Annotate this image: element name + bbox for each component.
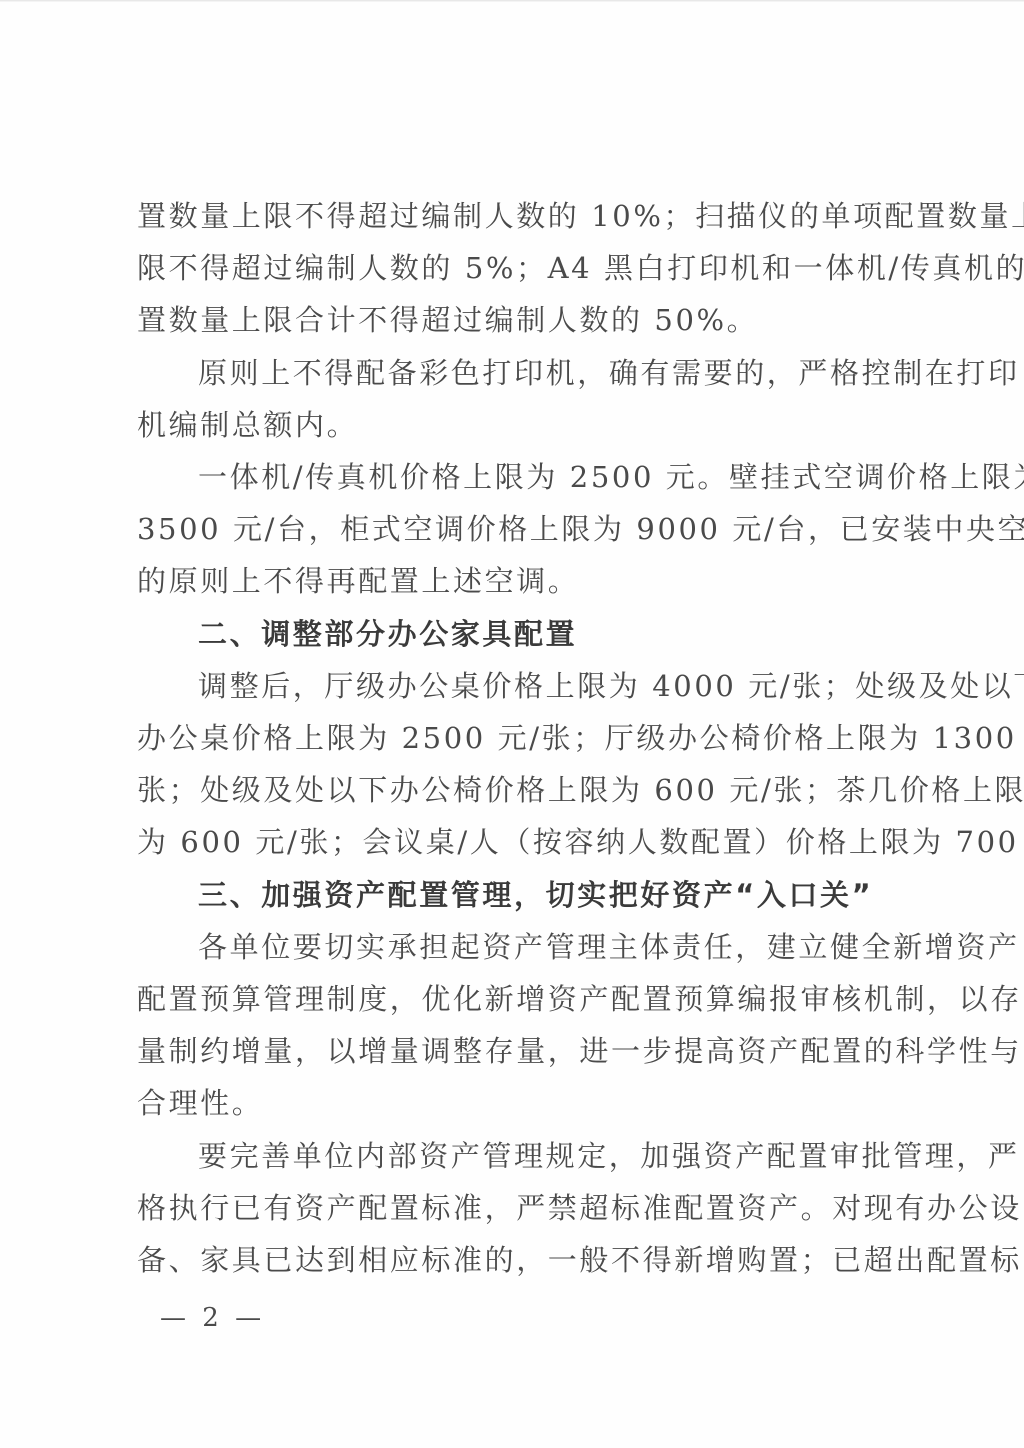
text-line: 要完善单位内部资产管理规定，加强资产配置审批管理，严: [137, 1130, 889, 1182]
scan-edge-shadow: [0, 0, 1024, 2]
paragraph-color-printer: 原则上不得配备彩色打印机，确有需要的，严格控制在打印 机编制总额内。: [137, 347, 889, 451]
section-heading-asset-management: 三、加强资产配置管理，切实把好资产“入口关”: [137, 869, 889, 921]
text-line: 量制约增量，以增量调整存量，进一步提高资产配置的科学性与: [137, 1025, 889, 1077]
text-line: 一体机/传真机价格上限为 2500 元。壁挂式空调价格上限为: [137, 451, 889, 503]
text-line: 机编制总额内。: [137, 399, 889, 451]
text-line: 合理性。: [137, 1077, 889, 1129]
paragraph-furniture-prices: 调整后，厅级办公桌价格上限为 4000 元/张；处级及处以下 办公桌价格上限为 …: [137, 660, 889, 869]
text-line: 的原则上不得再配置上述空调。: [137, 555, 889, 607]
section-heading-furniture: 二、调整部分办公家具配置: [137, 608, 889, 660]
page-number: — 2 —: [160, 1303, 265, 1333]
document-page: 置数量上限不得超过编制人数的 10%；扫描仪的单项配置数量上 限不得超过编制人数…: [0, 0, 1024, 1448]
text-line: 各单位要切实承担起资产管理主体责任，建立健全新增资产: [137, 921, 889, 973]
text-line: 调整后，厅级办公桌价格上限为 4000 元/张；处级及处以下: [137, 660, 889, 712]
text-line: 为 600 元/张；会议桌/人（按容纳人数配置）价格上限为 700 元。: [137, 816, 889, 868]
text-line: 3500 元/台，柜式空调价格上限为 9000 元/台，已安装中央空调: [137, 503, 889, 555]
text-line: 原则上不得配备彩色打印机，确有需要的，严格控制在打印: [137, 347, 889, 399]
document-body: 置数量上限不得超过编制人数的 10%；扫描仪的单项配置数量上 限不得超过编制人数…: [137, 190, 889, 1286]
paragraph-fax-aircon-prices: 一体机/传真机价格上限为 2500 元。壁挂式空调价格上限为 3500 元/台，…: [137, 451, 889, 608]
text-line: 张；处级及处以下办公椅价格上限为 600 元/张；茶几价格上限: [137, 764, 889, 816]
text-line: 备、家具已达到相应标准的，一般不得新增购置；已超出配置标: [137, 1234, 889, 1286]
text-line: 格执行已有资产配置标准，严禁超标准配置资产。对现有办公设: [137, 1182, 889, 1234]
text-line: 配置预算管理制度，优化新增资产配置预算编报审核机制，以存: [137, 973, 889, 1025]
text-line: 置数量上限不得超过编制人数的 10%；扫描仪的单项配置数量上: [137, 190, 889, 242]
text-line: 办公桌价格上限为 2500 元/张；厅级办公椅价格上限为 1300 元/: [137, 712, 889, 764]
paragraph-continuation: 置数量上限不得超过编制人数的 10%；扫描仪的单项配置数量上 限不得超过编制人数…: [137, 190, 889, 347]
paragraph-asset-responsibility: 各单位要切实承担起资产管理主体责任，建立健全新增资产 配置预算管理制度，优化新增…: [137, 921, 889, 1130]
text-line: 置数量上限合计不得超过编制人数的 50%。: [137, 294, 889, 346]
paragraph-internal-rules: 要完善单位内部资产管理规定，加强资产配置审批管理，严 格执行已有资产配置标准，严…: [137, 1130, 889, 1287]
text-line: 限不得超过编制人数的 5%；A4 黑白打印机和一体机/传真机的配: [137, 242, 889, 294]
